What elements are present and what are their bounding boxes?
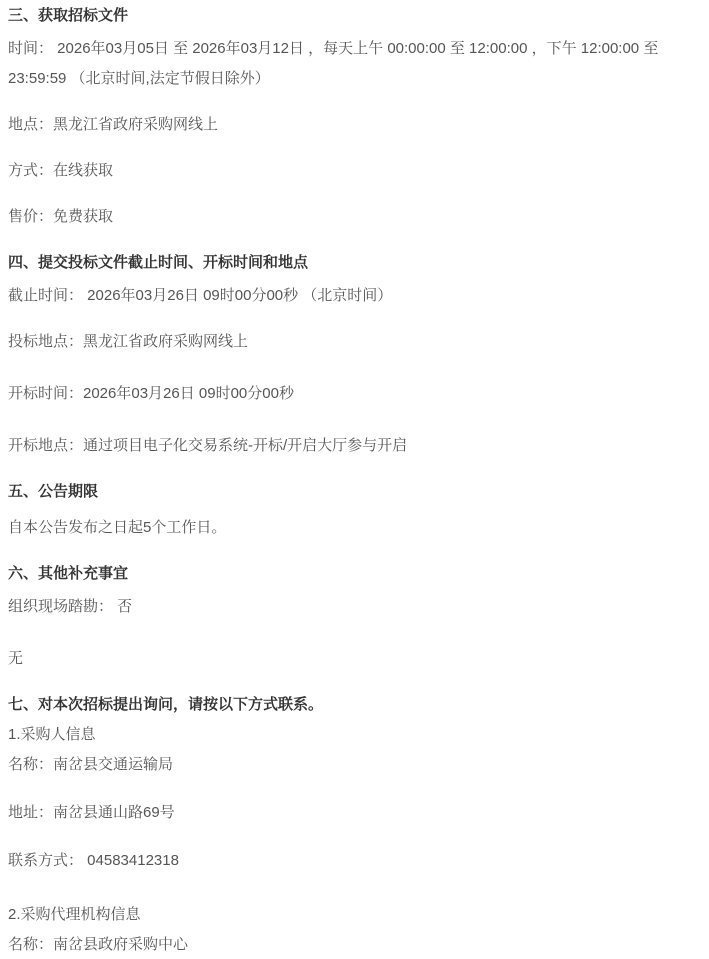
paragraph-obtain-location: 地点：黑龙江省政府采购网线上: [8, 110, 705, 140]
paragraph-site-survey: 组织现场踏勘： 否: [8, 592, 705, 622]
section-heading-other-matters: 六、其他补充事宜: [8, 559, 705, 589]
paragraph-announcement-period: 自本公告发布之日起5个工作日。: [8, 513, 705, 543]
paragraph-obtain-method: 方式：在线获取: [8, 156, 705, 186]
paragraph-obtain-price: 售价：免费获取: [8, 202, 705, 232]
paragraph-bid-location: 投标地点：黑龙江省政府采购网线上: [8, 327, 705, 357]
paragraph-agency-info-label: 2.采购代理机构信息: [8, 900, 705, 930]
paragraph-none: 无: [8, 644, 705, 674]
section-heading-deadline-opening: 四、提交投标文件截止时间、开标时间和地点: [8, 248, 705, 278]
tender-announcement-document: 三、获取招标文件 时间： 2026年03月05日 至 2026年03月12日 ，…: [0, 0, 709, 959]
paragraph-agency-name: 名称：南岔县政府采购中心: [8, 930, 705, 959]
section-heading-obtain-documents: 三、获取招标文件: [8, 1, 705, 31]
paragraph-opening-location: 开标地点：通过项目电子化交易系统-开标/开启大厅参与开启: [8, 431, 705, 461]
paragraph-purchaser-name: 名称：南岔县交通运输局: [8, 750, 705, 780]
paragraph-purchaser-phone: 联系方式： 04583412318: [8, 846, 705, 876]
paragraph-opening-time: 开标时间：2026年03月26日 09时00分00秒: [8, 379, 705, 409]
paragraph-purchaser-info-label: 1.采购人信息: [8, 720, 705, 750]
section-heading-contact: 七、对本次招标提出询问，请按以下方式联系。: [8, 690, 705, 720]
section-heading-announcement-period: 五、公告期限: [8, 477, 705, 507]
paragraph-obtain-time: 时间： 2026年03月05日 至 2026年03月12日 ，每天上午 00:0…: [8, 34, 705, 94]
paragraph-submission-deadline: 截止时间： 2026年03月26日 09时00分00秒 （北京时间）: [8, 281, 705, 311]
paragraph-purchaser-address: 地址：南岔县通山路69号: [8, 798, 705, 828]
